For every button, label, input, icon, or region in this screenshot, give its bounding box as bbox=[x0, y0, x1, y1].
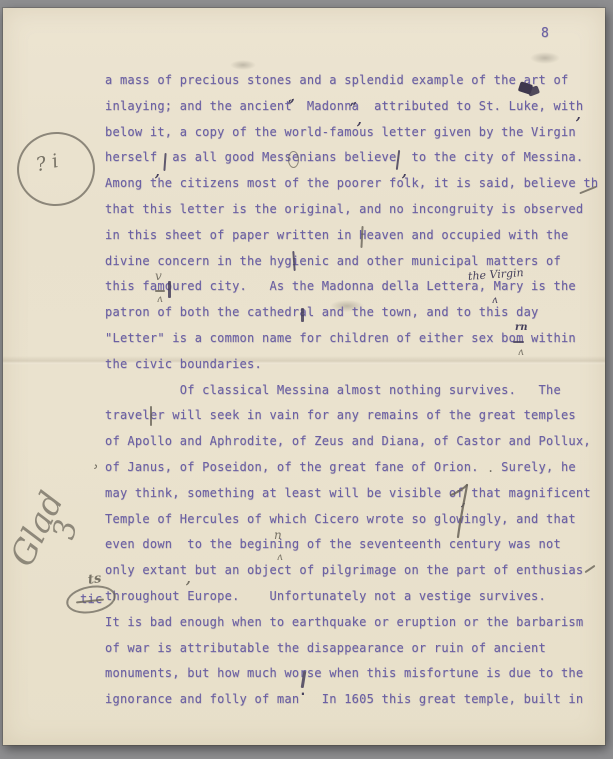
stray-dot: . bbox=[487, 461, 494, 475]
exclamation-dot: . bbox=[299, 684, 307, 699]
page-number: 8 bbox=[541, 26, 549, 41]
typescript-line: Of classical Messina almost nothing surv… bbox=[105, 378, 605, 404]
typescript-line: even down to the begining of the sevente… bbox=[105, 532, 605, 558]
inserted-comma: , bbox=[576, 110, 581, 120]
letter-loop-mark bbox=[288, 151, 299, 168]
typescript-line: of war is attributable the disappearance… bbox=[105, 636, 605, 662]
caret-mark: ʌ bbox=[157, 296, 163, 304]
inserted-letters-ts: ts bbox=[87, 571, 102, 588]
typescript-line: It is bad enough when to earthquake or e… bbox=[105, 610, 605, 636]
insertion-bar bbox=[150, 406, 152, 426]
caret-mark: ʌ bbox=[518, 349, 524, 357]
insertion-bar bbox=[168, 281, 171, 298]
strike-through bbox=[513, 341, 524, 343]
typescript-line: monuments, but how much worse when this … bbox=[105, 661, 605, 687]
typescript-line: of Janus, of Poseidon, of the great fane… bbox=[105, 455, 605, 481]
inserted-comma: , bbox=[155, 167, 160, 177]
inserted-letter-n: n bbox=[274, 528, 282, 542]
overstrike bbox=[301, 308, 304, 322]
inserted-letter-v: v bbox=[155, 269, 162, 283]
typescript-line: may think, something at least will be vi… bbox=[105, 481, 605, 507]
scanned-manuscript: 8 a mass of precious stones and a splend… bbox=[0, 0, 613, 759]
typescript-line: of Apollo and Aphrodite, of Zeus and Dia… bbox=[105, 429, 605, 455]
typescript-line: traveler will seek in vain for any remai… bbox=[105, 403, 605, 429]
typescript-line: patron of both the cathedral and the tow… bbox=[105, 300, 605, 326]
typescript-line: this famoured city. As the Madonna della… bbox=[105, 274, 605, 300]
typescript-line: herself as all good Messenians believe t… bbox=[105, 145, 605, 171]
caret-mark: ʌ bbox=[277, 554, 283, 562]
typescript-line: "Letter" is a common name for children o… bbox=[105, 326, 605, 352]
typescript-body: a mass of precious stones and a splendid… bbox=[105, 68, 605, 713]
circled-query-text: ? i bbox=[34, 150, 60, 176]
typescript-line: divine concern in the hygienic and other… bbox=[105, 249, 605, 275]
inserted-comma: , bbox=[186, 574, 191, 584]
typescript-line: only extant but an object of pilgrimage … bbox=[105, 558, 605, 584]
typescript-line: Temple of Hercules of which Cicero wrote… bbox=[105, 507, 605, 533]
strike-through bbox=[155, 290, 165, 292]
inserted-letters-rn: rn bbox=[515, 322, 528, 333]
typescript-line: that this letter is the original, and no… bbox=[105, 197, 605, 223]
margin-scrawl-tick: ʾ bbox=[92, 462, 98, 483]
typescript-line: Among the citizens most of the poorer fo… bbox=[105, 171, 605, 197]
typescript-line: ignorance and folly of man In 1605 this … bbox=[105, 687, 605, 713]
inserted-comma: , bbox=[402, 167, 407, 177]
pencil-slash bbox=[449, 482, 475, 542]
typescript-line: throughout Europe. Unfortunately not a v… bbox=[105, 584, 605, 610]
caret-mark: ʌ bbox=[492, 297, 498, 305]
smudge bbox=[530, 52, 560, 64]
typescript-line: below it, a copy of the world-famous let… bbox=[105, 120, 605, 146]
inserted-comma: , bbox=[357, 115, 362, 125]
typescript-line: in this sheet of paper written in Heaven… bbox=[105, 223, 605, 249]
typescript-line: the civic boundaries. bbox=[105, 352, 605, 378]
